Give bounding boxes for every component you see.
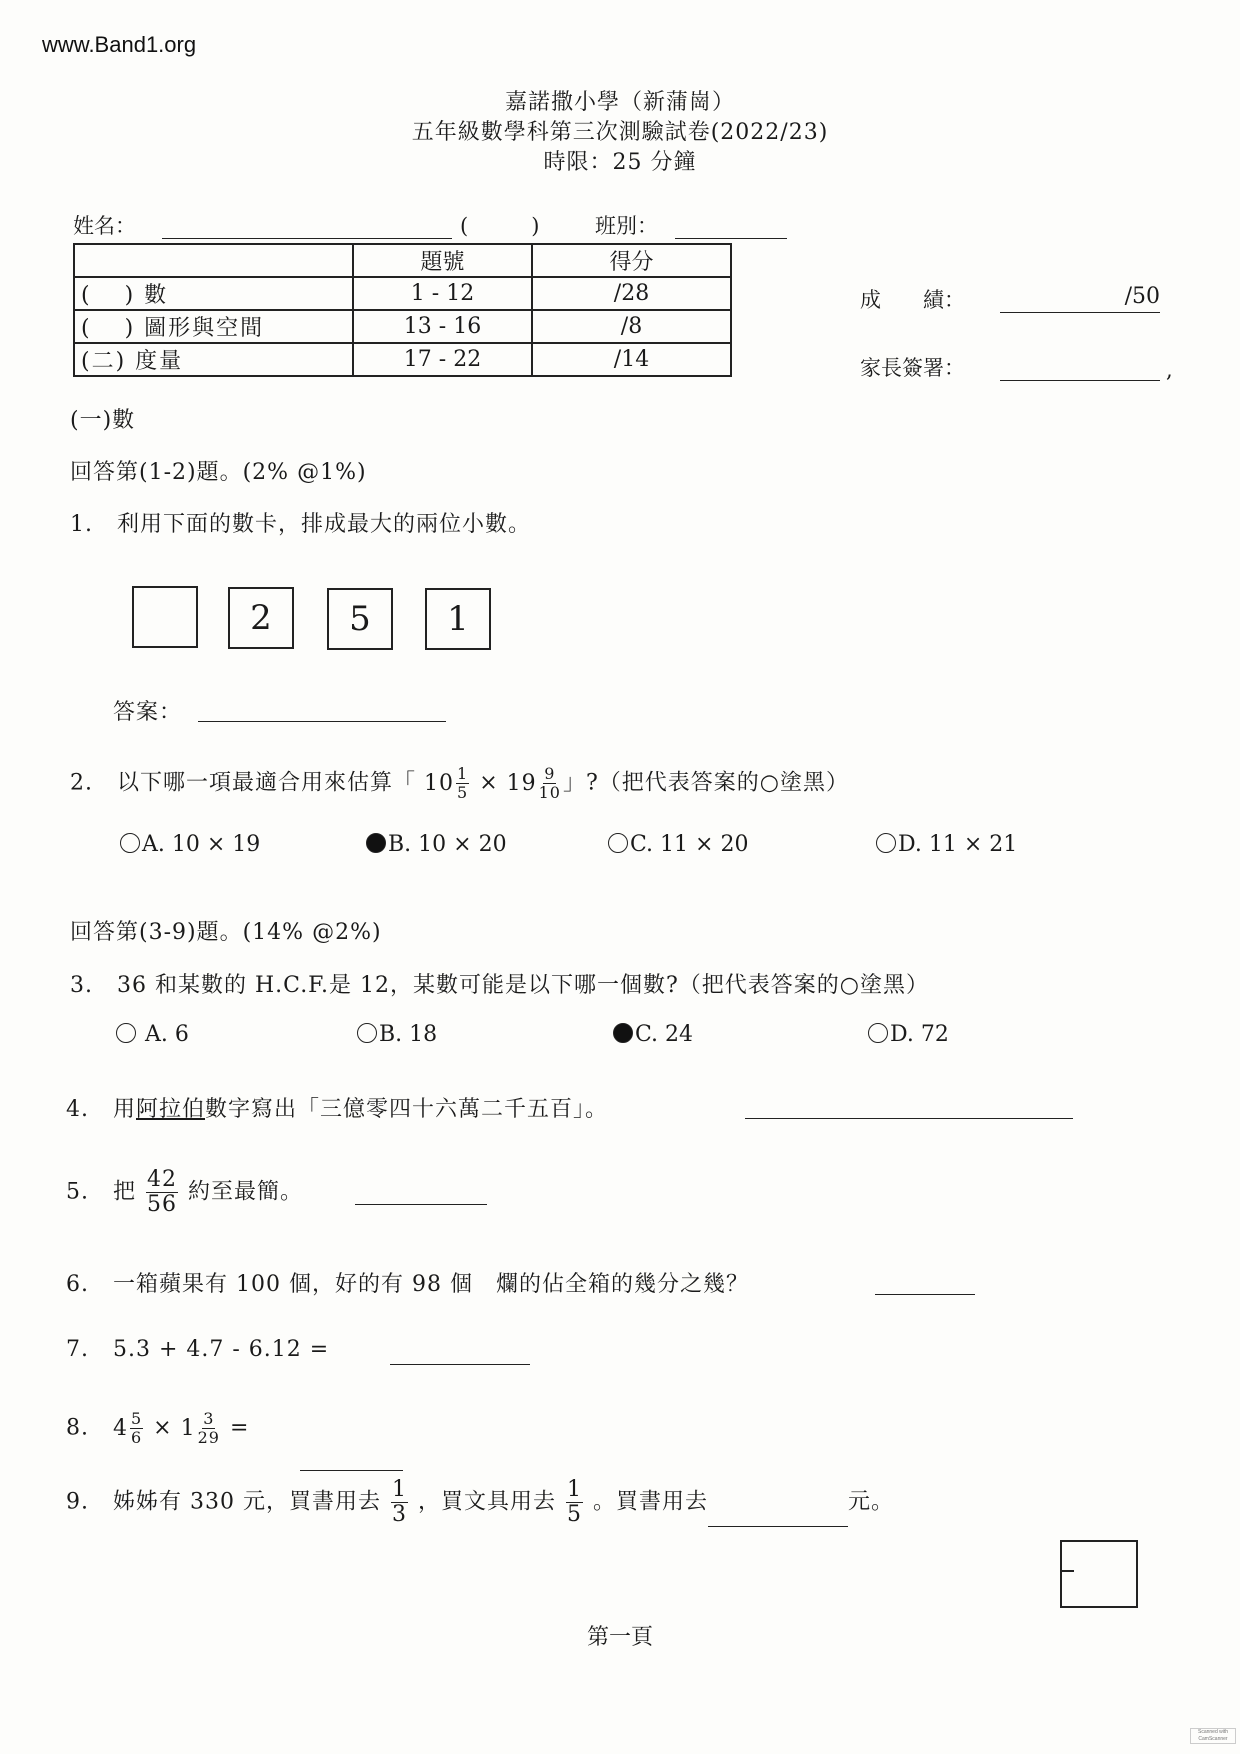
fraction-42-56: 4256 <box>146 1168 178 1217</box>
answer-bubble-filled-icon[interactable] <box>613 1023 633 1043</box>
q2-option-d[interactable]: D. 11 × 21 <box>876 832 1017 857</box>
score-table-header: 題號 得分 <box>74 244 731 277</box>
question-range-cell: 13 - 16 <box>353 310 532 343</box>
header-cell <box>74 244 353 277</box>
question-8: 8. 456 × 1329 = <box>66 1410 249 1447</box>
q6-answer-field[interactable] <box>875 1270 975 1295</box>
option-label: C. 24 <box>635 1022 693 1047</box>
answer-bubble-empty-icon[interactable] <box>120 833 140 853</box>
denominator: 29 <box>198 1429 220 1447</box>
question-number: 8. <box>66 1416 89 1441</box>
parent-signature-field[interactable] <box>1000 352 1160 381</box>
option-label: B. 10 × 20 <box>388 832 507 857</box>
denominator: 56 <box>147 1193 177 1217</box>
q3-option-a[interactable]: A. 6 <box>116 1022 189 1047</box>
times-sign: × <box>153 1416 172 1441</box>
parent-signature-label: 家長簽署： <box>860 352 965 382</box>
mixed-number-1: 456 <box>113 1416 145 1441</box>
question-text: 5.3 + 4.7 - 6.12 = <box>113 1337 329 1362</box>
total-score-field[interactable]: /50 <box>1000 284 1160 313</box>
mixed-number-2: 1329 <box>181 1416 222 1441</box>
question-text: 數字寫出「三億零四十六萬二千五百」。 <box>205 1097 608 1122</box>
mixed-number-1: 1015 <box>424 771 471 796</box>
question-number: 2. <box>70 771 93 796</box>
question-number: 7. <box>66 1337 89 1362</box>
times-sign: × <box>479 771 498 796</box>
q3-option-c[interactable]: C. 24 <box>613 1022 693 1047</box>
section-cell: ( ) 數 <box>74 277 353 310</box>
q3-option-b[interactable]: B. 18 <box>357 1022 437 1047</box>
question-text: 把 <box>113 1180 136 1205</box>
question-range-cell: 17 - 22 <box>353 343 532 376</box>
fraction-one-third: 13 <box>391 1478 408 1527</box>
question-text: 利用下面的數卡，排成最大的兩位小數。 <box>117 512 531 537</box>
instructions-q1-2: 回答第(1-2)題。(2% @1%) <box>70 455 367 486</box>
school-name: 嘉諾撒小學（新蒲崗） <box>0 85 1240 116</box>
header-cell: 題號 <box>353 244 532 277</box>
number-card-blank <box>132 586 198 648</box>
q3-option-d[interactable]: D. 72 <box>868 1022 949 1047</box>
whole-part: 10 <box>424 771 454 796</box>
q9-answer-field[interactable] <box>708 1504 848 1527</box>
question-text: 姊姊有 330 元，買書用去 <box>113 1490 381 1515</box>
answer-bubble-empty-icon[interactable] <box>357 1023 377 1043</box>
question-7: 7. 5.3 + 4.7 - 6.12 = <box>66 1337 329 1362</box>
question-text: 」?（把代表答案的○塗黑） <box>563 771 849 796</box>
question-3: 3. 36 和某數的 H.C.F.是 12，某數可能是以下哪一個數?（把代表答案… <box>70 968 929 999</box>
numerator: 3 <box>202 1410 215 1429</box>
score-cell[interactable]: /28 <box>532 277 731 310</box>
question-range-cell: 1 - 12 <box>353 277 532 310</box>
option-label: B. 18 <box>379 1022 437 1047</box>
section-cell: ( ) 圖形與空間 <box>74 310 353 343</box>
question-number: 9. <box>66 1490 89 1515</box>
underlined-term: 阿拉伯 <box>136 1097 205 1122</box>
mark-tick <box>1062 1570 1074 1572</box>
q2-option-b[interactable]: B. 10 × 20 <box>366 832 507 857</box>
answer-bubble-empty-icon[interactable] <box>608 833 628 853</box>
option-label: D. 72 <box>890 1022 949 1047</box>
question-text: 。買書用去 <box>593 1490 708 1515</box>
answer-bubble-empty-icon[interactable] <box>868 1023 888 1043</box>
question-text: 36 和某數的 H.C.F.是 12，某數可能是以下哪一個數?（把代表答案的○塗… <box>117 973 929 998</box>
table-row: ( ) 圖形與空間 13 - 16 /8 <box>74 310 731 343</box>
website-watermark: www.Band1.org <box>42 32 196 58</box>
number-card-1: 1 <box>425 588 491 650</box>
fraction-one-fifth: 15 <box>566 1478 583 1527</box>
whole-part: 1 <box>181 1416 196 1441</box>
denominator: 6 <box>131 1429 142 1447</box>
question-6: 6. 一箱蘋果有 100 個，好的有 98 個 爛的佔全箱的幾分之幾？ <box>66 1267 749 1298</box>
numerator: 1 <box>456 765 469 784</box>
total-score-max: /50 <box>1125 284 1160 309</box>
denominator: 10 <box>539 784 561 802</box>
question-9: 9. 姊姊有 330 元，買書用去 13 ，買文具用去 15 。買書用去元。 <box>66 1478 894 1527</box>
question-text: ，買文具用去 <box>418 1490 556 1515</box>
score-cell[interactable]: /14 <box>532 343 731 376</box>
q2-option-c[interactable]: C. 11 × 20 <box>608 832 748 857</box>
equals-sign: = <box>230 1416 249 1441</box>
question-5: 5. 把 4256 約至最簡。 <box>66 1168 303 1217</box>
denominator: 5 <box>457 784 468 802</box>
question-number: 5. <box>66 1180 89 1205</box>
q4-answer-field[interactable] <box>745 1094 1073 1119</box>
question-text: 約至最簡。 <box>188 1180 303 1205</box>
q1-answer-field[interactable] <box>198 695 446 722</box>
answer-bubble-empty-icon[interactable] <box>876 833 896 853</box>
question-2: 2. 以下哪一項最適合用來估算「 1015 × 19910」?（把代表答案的○塗… <box>70 765 849 802</box>
question-1: 1. 利用下面的數卡，排成最大的兩位小數。 <box>70 507 531 538</box>
section-cell: (二) 度量 <box>74 343 353 376</box>
scanner-badge: Scanned with CamScanner <box>1190 1728 1236 1744</box>
numerator: 42 <box>146 1168 178 1193</box>
table-row: (二) 度量 17 - 22 /14 <box>74 343 731 376</box>
exam-title: 五年級數學科第三次測驗試卷(2022/23) <box>0 115 1240 146</box>
header-cell: 得分 <box>532 244 731 277</box>
numerator: 5 <box>130 1410 143 1429</box>
question-number: 6. <box>66 1272 89 1297</box>
score-cell[interactable]: /8 <box>532 310 731 343</box>
score-table: 題號 得分 ( ) 數 1 - 12 /28 ( ) 圖形與空間 13 - 16… <box>73 243 732 377</box>
answer-label: 答案： <box>113 695 182 726</box>
option-label: A. 10 × 19 <box>142 832 260 857</box>
instructions-q3-9: 回答第(3-9)題。(14% @2%) <box>70 915 382 946</box>
q5-answer-field[interactable] <box>355 1180 487 1205</box>
page-number: 第一頁 <box>0 1620 1240 1651</box>
trailing-comma: , <box>1166 358 1173 382</box>
denominator: 3 <box>392 1503 407 1527</box>
class-field[interactable] <box>675 212 787 239</box>
q8-answer-field[interactable] <box>300 1450 403 1471</box>
whole-part: 4 <box>113 1416 128 1441</box>
mixed-number-2: 19910 <box>507 771 563 796</box>
number-card-5: 5 <box>327 588 393 650</box>
q2-option-a[interactable]: A. 10 × 19 <box>120 832 260 857</box>
question-text: 一箱蘋果有 100 個，好的有 98 個 爛的佔全箱的幾分之幾？ <box>113 1272 749 1297</box>
answer-bubble-filled-icon[interactable] <box>366 833 386 853</box>
question-number: 3. <box>70 973 93 998</box>
number-card-2: 2 <box>228 587 294 649</box>
total-score-label: 成 績： <box>860 284 965 314</box>
option-label: D. 11 × 21 <box>898 832 1017 857</box>
denominator: 5 <box>567 1503 582 1527</box>
whole-part: 19 <box>507 771 537 796</box>
question-number: 1. <box>70 512 93 537</box>
option-label: A. 6 <box>138 1022 189 1047</box>
answer-bubble-empty-icon[interactable] <box>116 1023 136 1043</box>
section-title-numbers: (一)數 <box>70 403 135 434</box>
name-label: 姓名： <box>73 210 136 240</box>
marking-box[interactable] <box>1060 1540 1138 1608</box>
time-limit: 時限：25 分鐘 <box>0 145 1240 176</box>
question-text: 元。 <box>848 1490 894 1515</box>
numerator: 1 <box>566 1478 583 1503</box>
numerator: 1 <box>391 1478 408 1503</box>
question-number: 4. <box>66 1097 89 1122</box>
class-label: 班別： <box>595 210 658 240</box>
option-label: C. 11 × 20 <box>630 832 748 857</box>
q7-answer-field[interactable] <box>390 1340 530 1365</box>
numerator: 9 <box>543 765 556 784</box>
class-number-field[interactable]: ( ) <box>460 210 539 240</box>
question-text: 以下哪一項最適合用來估算「 <box>117 771 416 796</box>
question-4: 4. 用阿拉伯數字寫出「三億零四十六萬二千五百」。 <box>66 1092 608 1123</box>
name-field[interactable] <box>162 212 452 239</box>
question-text: 用 <box>113 1097 136 1122</box>
table-row: ( ) 數 1 - 12 /28 <box>74 277 731 310</box>
